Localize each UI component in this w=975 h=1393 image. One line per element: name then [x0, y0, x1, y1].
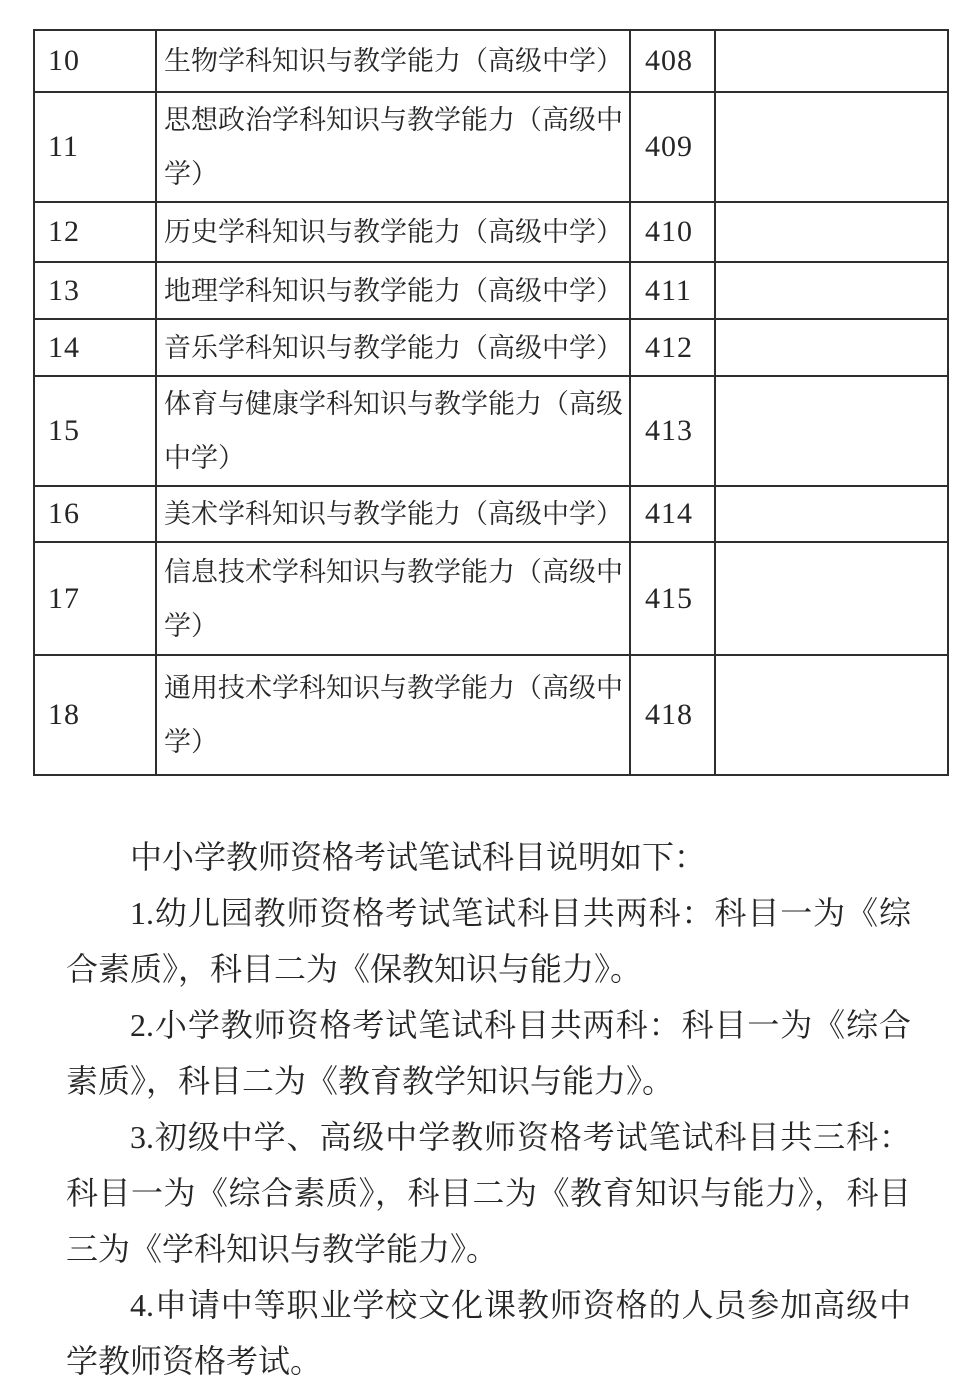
document-page: 10 生物学科知识与教学能力（高级中学） 408 11 思想政治学科知识与教学能…: [0, 0, 975, 1393]
subject-code-cell: 414: [630, 486, 715, 542]
remark-cell: [715, 319, 948, 376]
subject-name-cell: 美术学科知识与教学能力（高级中学）: [156, 486, 630, 542]
table-row: 10 生物学科知识与教学能力（高级中学） 408: [34, 30, 948, 92]
row-number-cell: 11: [34, 92, 156, 202]
subject-name-cell: 地理学科知识与教学能力（高级中学）: [156, 262, 630, 319]
subject-code-cell: 413: [630, 376, 715, 486]
subject-name-cell: 历史学科知识与教学能力（高级中学）: [156, 202, 630, 262]
subject-name-cell: 体育与健康学科知识与教学能力（高级中学）: [156, 376, 630, 486]
subject-name-cell: 通用技术学科知识与教学能力（高级中学）: [156, 655, 630, 775]
notes-intro: 中小学教师资格考试笔试科目说明如下：: [66, 829, 911, 885]
subject-name-cell: 信息技术学科知识与教学能力（高级中学）: [156, 542, 630, 655]
table-row: 13 地理学科知识与教学能力（高级中学） 411: [34, 262, 948, 319]
row-number-cell: 13: [34, 262, 156, 319]
remark-cell: [715, 262, 948, 319]
note-item-3: 3.初级中学、高级中学教师资格考试笔试科目共三科：科目一为《综合素质》，科目二为…: [66, 1109, 911, 1277]
row-number-cell: 10: [34, 30, 156, 92]
row-number-cell: 18: [34, 655, 156, 775]
table-row: 17 信息技术学科知识与教学能力（高级中学） 415: [34, 542, 948, 655]
subject-code-cell: 418: [630, 655, 715, 775]
note-item-4: 4.申请中等职业学校文化课教师资格的人员参加高级中学教师资格考试。: [66, 1277, 911, 1389]
remark-cell: [715, 376, 948, 486]
subject-name-cell: 思想政治学科知识与教学能力（高级中学）: [156, 92, 630, 202]
table-row: 11 思想政治学科知识与教学能力（高级中学） 409: [34, 92, 948, 202]
row-number-cell: 15: [34, 376, 156, 486]
row-number-cell: 14: [34, 319, 156, 376]
remark-cell: [715, 486, 948, 542]
table-row: 14 音乐学科知识与教学能力（高级中学） 412: [34, 319, 948, 376]
subject-code-cell: 412: [630, 319, 715, 376]
exam-subject-table: 10 生物学科知识与教学能力（高级中学） 408 11 思想政治学科知识与教学能…: [33, 29, 949, 776]
row-number-cell: 12: [34, 202, 156, 262]
remark-cell: [715, 30, 948, 92]
note-item-2: 2.小学教师资格考试笔试科目共两科：科目一为《综合素质》，科目二为《教育教学知识…: [66, 997, 911, 1109]
table-row: 15 体育与健康学科知识与教学能力（高级中学） 413: [34, 376, 948, 486]
table-row: 18 通用技术学科知识与教学能力（高级中学） 418: [34, 655, 948, 775]
exam-subject-table-body: 10 生物学科知识与教学能力（高级中学） 408 11 思想政治学科知识与教学能…: [34, 30, 948, 775]
table-row: 12 历史学科知识与教学能力（高级中学） 410: [34, 202, 948, 262]
row-number-cell: 16: [34, 486, 156, 542]
remark-cell: [715, 655, 948, 775]
subject-code-cell: 408: [630, 30, 715, 92]
subject-code-cell: 415: [630, 542, 715, 655]
note-item-1: 1.幼儿园教师资格考试笔试科目共两科：科目一为《综合素质》，科目二为《保教知识与…: [66, 885, 911, 997]
remark-cell: [715, 202, 948, 262]
table-row: 16 美术学科知识与教学能力（高级中学） 414: [34, 486, 948, 542]
subject-code-cell: 411: [630, 262, 715, 319]
notes-section: 中小学教师资格考试笔试科目说明如下： 1.幼儿园教师资格考试笔试科目共两科：科目…: [66, 829, 911, 1389]
subject-code-cell: 409: [630, 92, 715, 202]
subject-name-cell: 生物学科知识与教学能力（高级中学）: [156, 30, 630, 92]
remark-cell: [715, 542, 948, 655]
subject-code-cell: 410: [630, 202, 715, 262]
row-number-cell: 17: [34, 542, 156, 655]
remark-cell: [715, 92, 948, 202]
subject-name-cell: 音乐学科知识与教学能力（高级中学）: [156, 319, 630, 376]
